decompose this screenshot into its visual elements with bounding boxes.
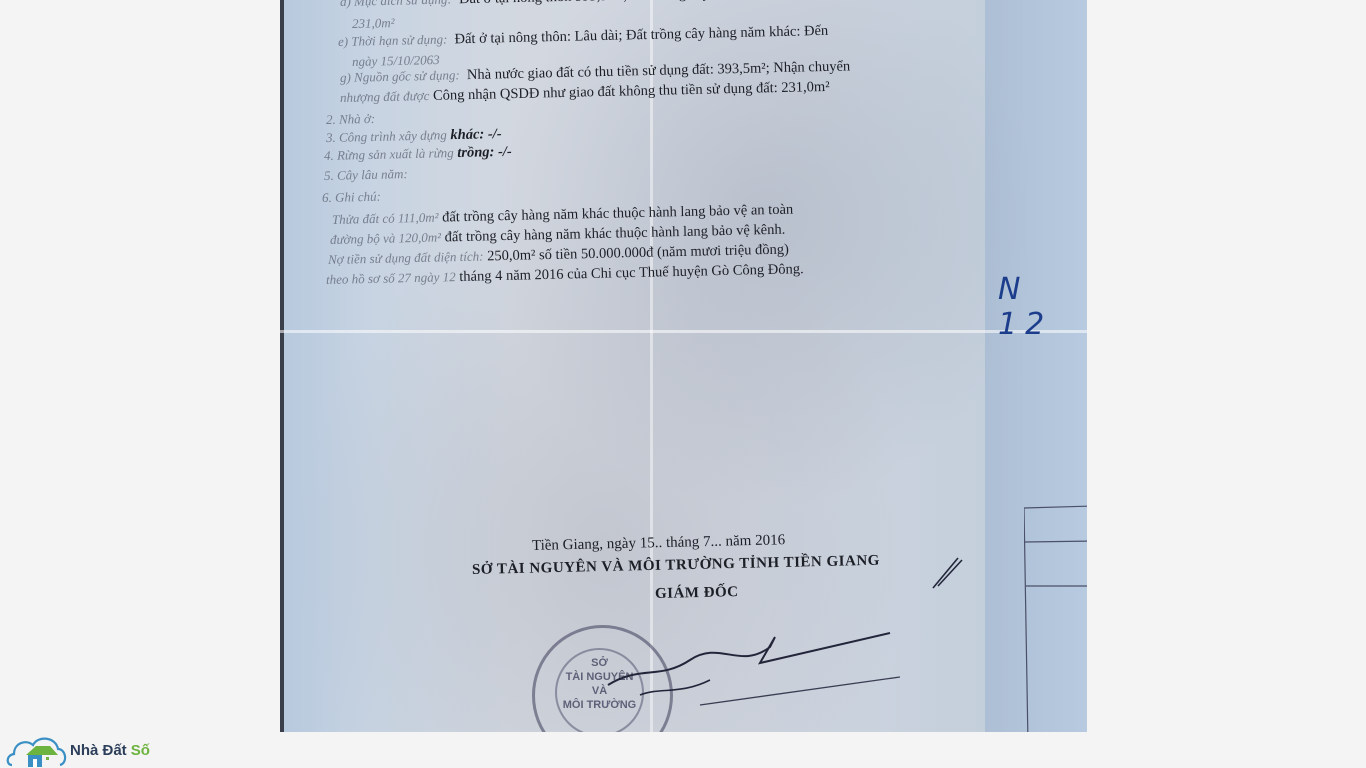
item-line: 2. Nhà ở:: [326, 111, 376, 129]
signature: [600, 625, 900, 715]
site-logo[interactable]: Nhà ĐấtSố: [6, 733, 150, 767]
pen-mark: [928, 552, 968, 592]
position-title: GIÁM ĐỐC: [655, 584, 739, 603]
item-line: 6. Ghi chú:: [322, 189, 381, 207]
logo-text-accent: Số: [131, 742, 150, 759]
handwritten-note: N 12: [998, 272, 1087, 342]
document-photo: d) Mục đích sử dụng: Đất ở tại nông thôn…: [280, 0, 1087, 732]
fold-line: [280, 330, 1087, 333]
doc-line: e) Thời hạn sử dụng: Đất ở tại nông thôn…: [338, 23, 829, 51]
table-lines: [1024, 504, 1087, 732]
item-line: 5. Cây lâu năm:: [324, 166, 408, 185]
house-cloud-icon: [6, 733, 68, 767]
doc-line: d) Mục đích sử dụng: Đất ở tại nông thôn…: [340, 0, 806, 11]
item-line: 4. Rừng sản xuất là rừng trồng: -/-: [324, 144, 512, 165]
doc-line: 231,0m²: [352, 15, 395, 33]
fold-line: [650, 0, 653, 732]
authority-name: SỞ TÀI NGUYÊN VÀ MÔI TRƯỜNG TỈNH TIỀN GI…: [472, 553, 880, 579]
date-line: Tiền Giang, ngày 15.. tháng 7... năm 201…: [532, 532, 786, 555]
logo-text: Nhà Đất: [70, 742, 127, 759]
